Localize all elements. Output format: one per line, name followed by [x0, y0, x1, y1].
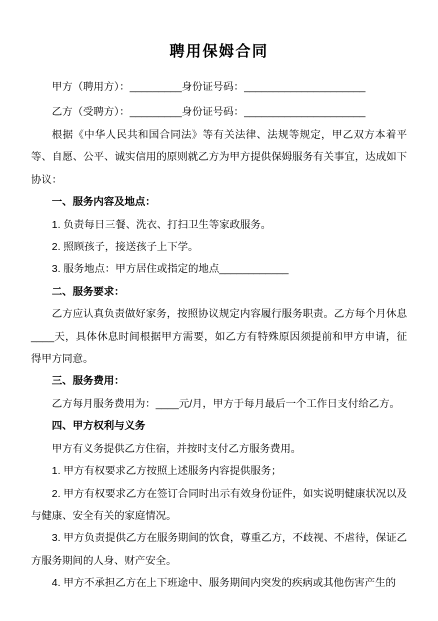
- section-1-heading: 一、服务内容及地点：: [31, 192, 407, 214]
- section-2-heading: 二、服务要求：: [31, 282, 407, 304]
- document-title: 聘用保姆合同: [31, 42, 407, 62]
- section-3-heading: 三、服务费用：: [31, 371, 407, 393]
- party-a-blank-line: 甲方（聘用方）：_________身份证号码：_________________…: [31, 75, 407, 100]
- section-4-heading: 四、甲方权利与义务: [31, 416, 407, 438]
- section-1-item-2: 2. 照顾孩子，接送孩子上下学。: [31, 237, 407, 259]
- section-2-body: 乙方应认真负责做好家务，按照协议规定内容履行服务职责。乙方每个月休息____天，…: [31, 304, 407, 371]
- section-4-item-3: 3. 甲方负责提供乙方在服务期间的饮食，尊重乙方，不歧视、不虐待，保证乙方服务期…: [31, 528, 407, 573]
- section-4-item-2: 2. 甲方有权要求乙方在签订合同时出示有效身份证件，如实说明健康状况以及与健康、…: [31, 484, 407, 529]
- section-4-intro: 甲方有义务提供乙方住宿，并按时支付乙方服务费用。: [31, 439, 407, 461]
- section-4-item-1: 1. 甲方有权要求乙方按照上述服务内容提供服务；: [31, 461, 407, 483]
- section-1-item-1: 1. 负责每日三餐、洗衣、打扫卫生等家政服务。: [31, 215, 407, 237]
- section-4-item-4: 4. 甲方不承担乙方在上下班途中、服务期间内突发的疾病或其他伤害产生的: [31, 573, 407, 595]
- party-b-blank-line: 乙方（受聘方）：_________身份证号码：_________________…: [31, 100, 407, 125]
- section-3-body: 乙方每月服务费用为：____元/月，甲方于每月最后一个工作日支付给乙方。: [31, 394, 407, 416]
- intro-paragraph: 根据《中华人民共和国合同法》等有关法律、法规等规定，甲乙双方本着平等、自愿、公平…: [31, 125, 407, 192]
- section-1-item-3: 3. 服务地点：甲方居住或指定的地点____________: [31, 259, 407, 281]
- contract-document-page: 聘用保姆合同 甲方（聘用方）：_________身份证号码：__________…: [0, 0, 438, 621]
